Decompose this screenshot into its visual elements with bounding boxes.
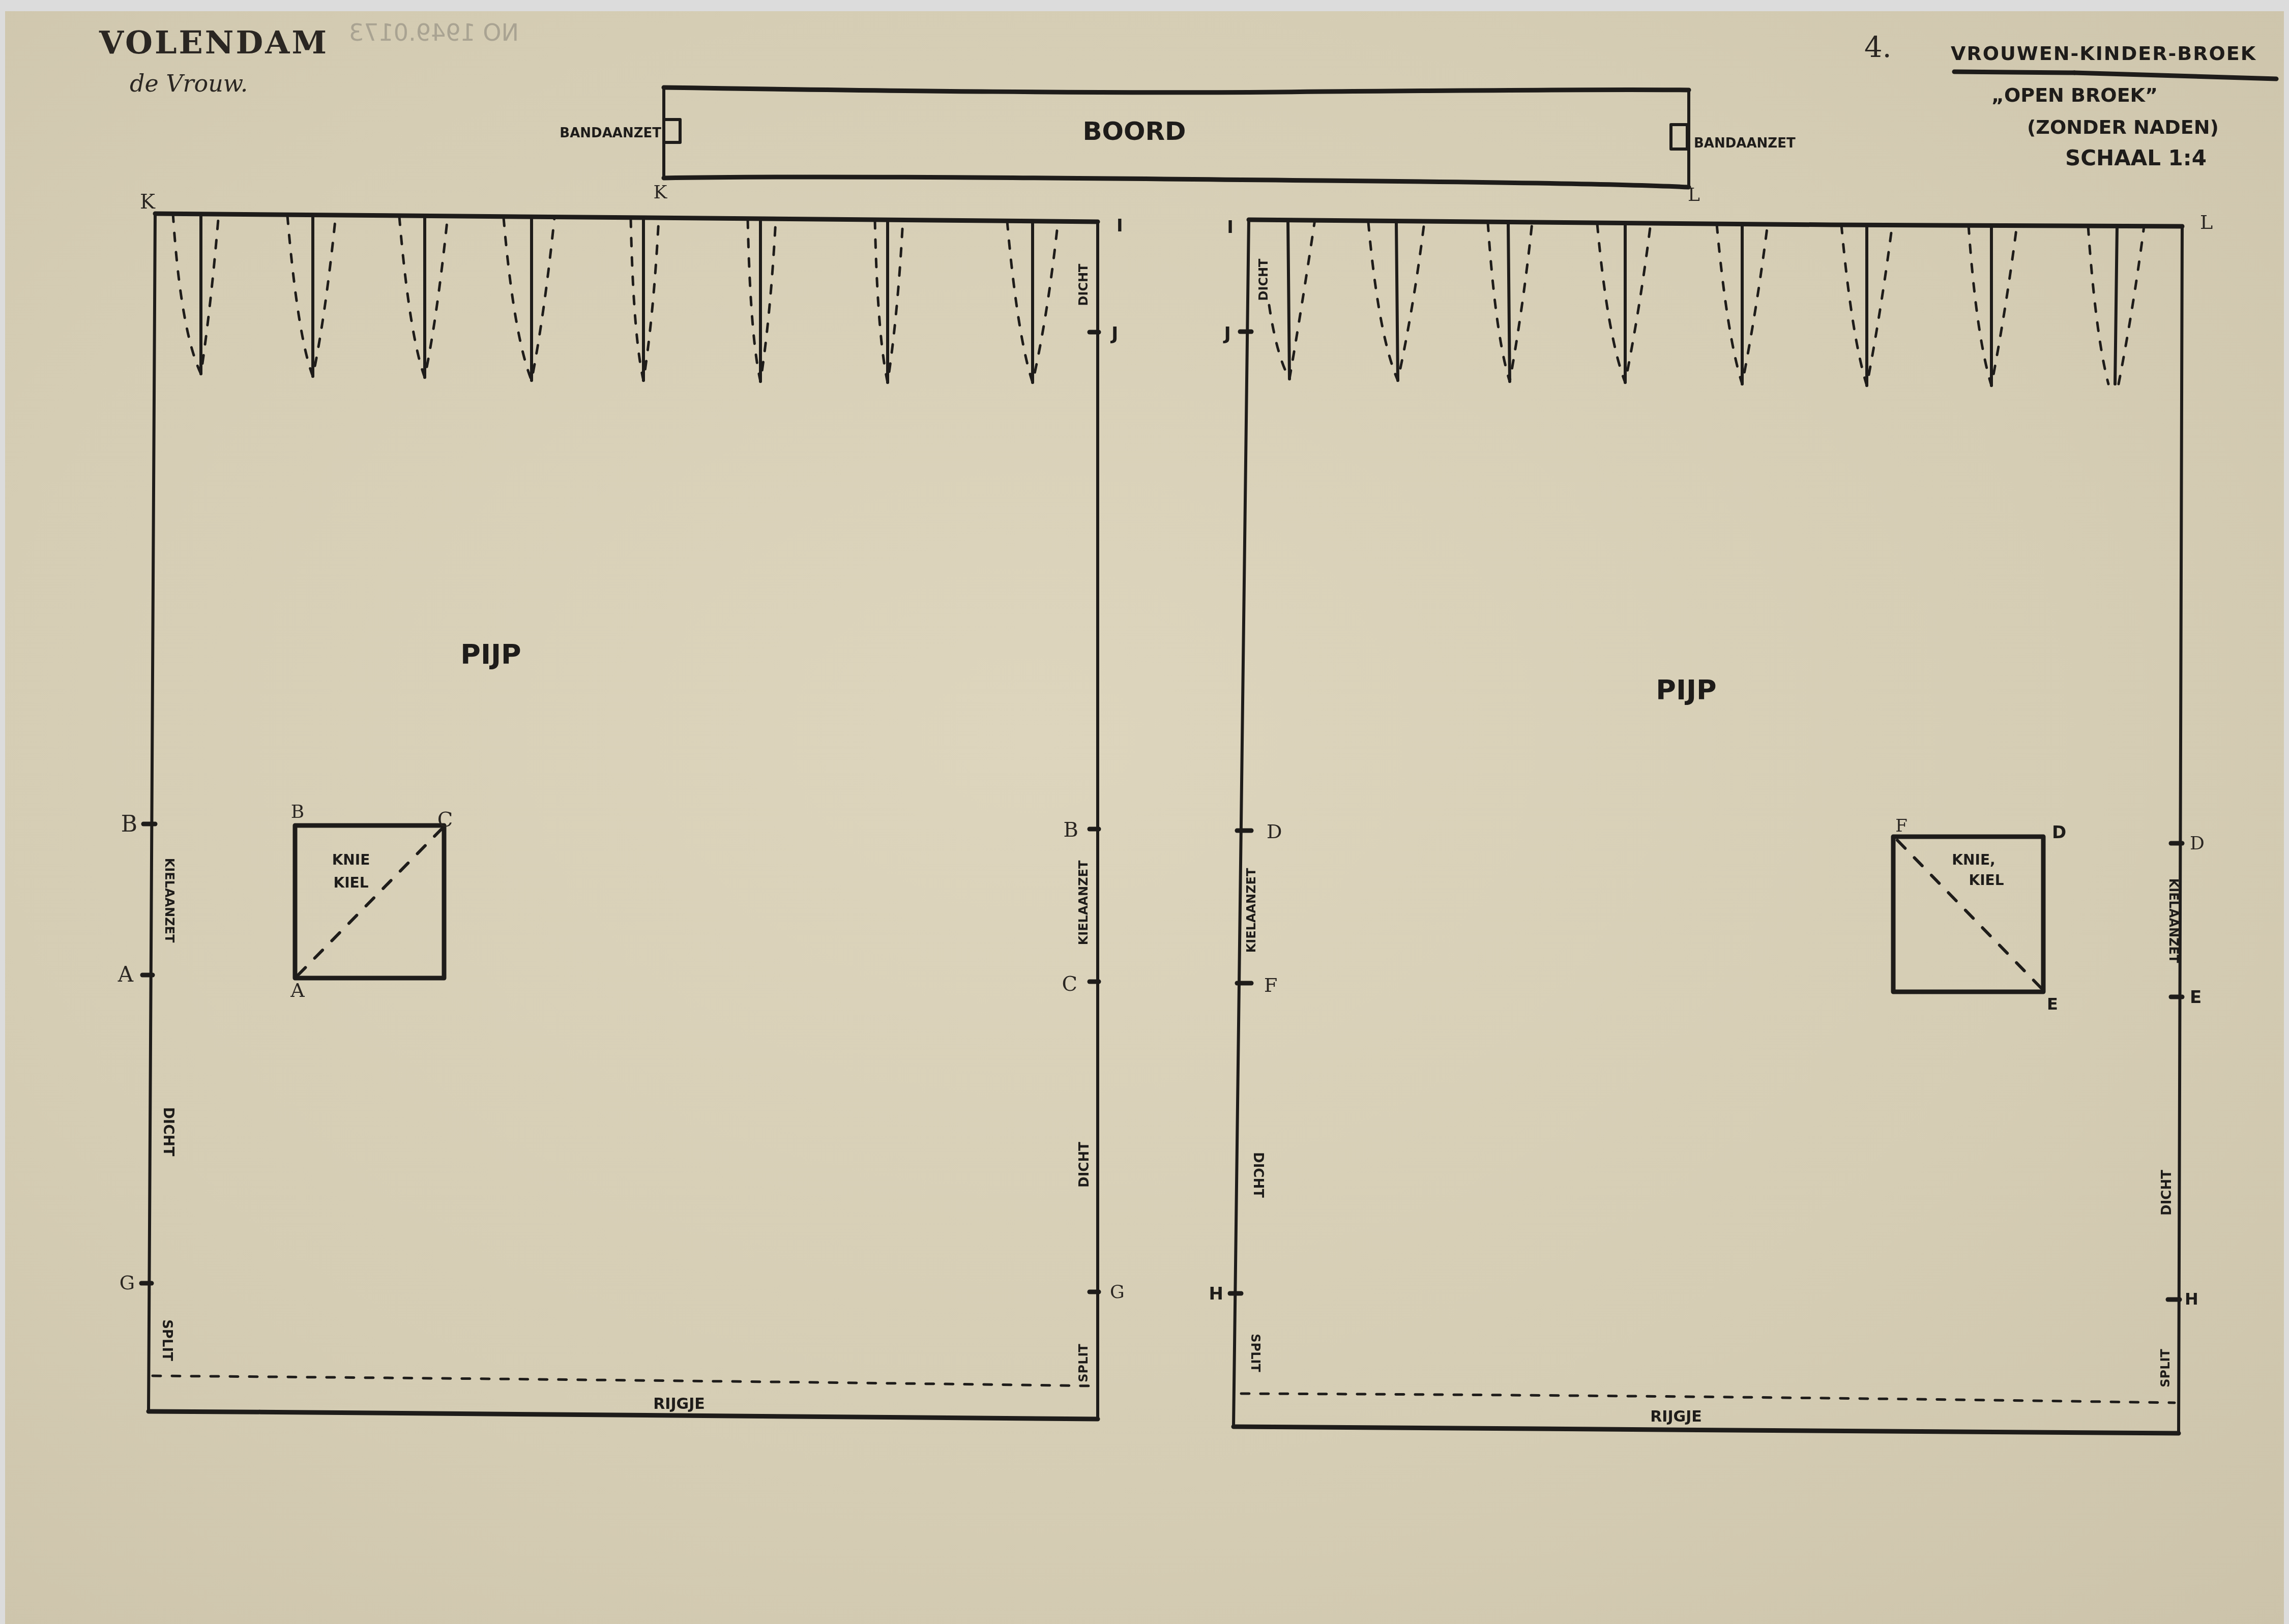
sheet-scale: SCHAAL 1:4: [2065, 145, 2207, 170]
attach-notch-left: [664, 120, 680, 142]
left-panel-hem-label: RIJGJE: [653, 1395, 705, 1413]
dart: [1717, 224, 1768, 384]
pattern-drawing: VOLENDAM de Vrouw. NO 1949.0173 4. VROUW…: [0, 0, 2289, 1624]
dart: [748, 220, 776, 381]
r-left-edge-dicht: DICHT: [1250, 1152, 1266, 1198]
dart: [1969, 225, 2017, 386]
waistband-attach-label-right: BANDAANZET: [1694, 136, 1796, 151]
right-panel-left-edge: [1234, 220, 1249, 1427]
dart: [2088, 226, 2144, 384]
r-left-edge-kielaanzet: KIELAANZET: [1244, 868, 1258, 953]
right-gusset-label-2: KIEL: [1969, 872, 2004, 889]
left-edge-mark-a: A: [118, 962, 134, 987]
dart: [504, 218, 554, 380]
left-panel-darts: [173, 214, 1058, 382]
left-gusset-corner-a: A: [290, 979, 305, 1001]
left-panel-top-right-dicht: DICHT: [1076, 263, 1091, 306]
right-panel-waist-edge: [1249, 220, 2182, 226]
left-gusset-corner-c: C: [437, 808, 453, 832]
waistband: BOORD BANDAANZET BANDAANZET K L: [560, 87, 1796, 205]
left-panel-corner-k: K: [140, 190, 156, 214]
right-panel-corner-l: L: [2200, 211, 2213, 233]
right-panel-hem-edge: [1234, 1427, 2179, 1433]
left-edge-dicht: DICHT: [160, 1107, 177, 1157]
right-gusset-corner-f: F: [1895, 816, 1908, 836]
right-panel-mark-j: J: [1223, 323, 1231, 344]
right-edge-kielaanzet: KIELAANZET: [1076, 860, 1091, 945]
pencil-inventory-number: NO 1949.0173: [349, 19, 519, 46]
right-gusset-label-1: KNIE,: [1952, 851, 1995, 868]
right-gusset: KNIE, KIEL F D E: [1893, 816, 2066, 1014]
right-edge-split: SPLIT: [1076, 1344, 1091, 1382]
dart: [173, 214, 219, 374]
right-edge-mark-g: G: [1110, 1282, 1125, 1303]
title-underline: [1954, 72, 2074, 73]
waistband-corner-l: L: [1688, 185, 1700, 205]
title-underline-2: [2074, 73, 2276, 79]
r-right-edge-mark-d: D: [2190, 833, 2205, 854]
dart: [399, 217, 448, 377]
left-panel: K I J DICHT B A G KIELAANZET DICHT SPLIT…: [118, 190, 1125, 1419]
left-panel-mark-j: J: [1110, 323, 1118, 344]
left-panel-label: PIJP: [460, 638, 521, 670]
left-panel-hem-edge: [149, 1411, 1098, 1419]
r-left-edge-split: SPLIT: [1248, 1334, 1263, 1372]
left-edge-kielaanzet: KIELAANZET: [162, 858, 177, 943]
right-panel-label: PIJP: [1656, 674, 1716, 706]
right-edge-dicht: DICHT: [1077, 1142, 1092, 1188]
left-edge-mark-g: G: [120, 1272, 135, 1294]
header-left: VOLENDAM de Vrouw. NO 1949.0173: [99, 19, 519, 97]
right-panel-hem-fold-line: [1241, 1394, 2175, 1403]
r-left-edge-mark-h: H: [1209, 1284, 1223, 1304]
left-edge-split: SPLIT: [159, 1319, 174, 1361]
right-panel-right-edge: [2179, 226, 2182, 1432]
dart: [1488, 223, 1532, 381]
sheet-subtitle: „OPEN BROEK”: [1991, 84, 2158, 106]
left-panel-hem-fold-line: [153, 1376, 1094, 1386]
waistband-label: BOORD: [1082, 116, 1186, 146]
left-gusset-label-1: KNIE: [332, 851, 370, 868]
dart: [1368, 222, 1424, 380]
dart: [287, 216, 336, 376]
r-left-edge-mark-f: F: [1264, 974, 1277, 996]
left-panel-waist-edge: [155, 214, 1098, 222]
waistband-bottom-edge: [664, 177, 1689, 187]
left-panel-left-edge: [149, 214, 155, 1411]
sheet-note: (ZONDER NADEN): [2027, 116, 2219, 138]
right-edge-mark-b: B: [1064, 818, 1078, 842]
r-right-edge-mark-h: H: [2185, 1289, 2198, 1309]
r-right-edge-split: SPLIT: [2158, 1349, 2173, 1387]
r-right-edge-dicht: DICHT: [2159, 1170, 2175, 1216]
left-panel-corner-i: I: [1117, 216, 1123, 236]
left-edge-mark-b: B: [121, 811, 137, 837]
waistband-corner-k: K: [654, 182, 668, 203]
location-title: VOLENDAM: [99, 24, 329, 61]
right-panel-darts: [1269, 220, 2144, 386]
right-edge-mark-c: C: [1062, 972, 1077, 996]
right-gusset-corner-d: D: [2052, 822, 2066, 843]
header-right: 4. VROUWEN-KINDER-BROEK „OPEN BROEK” (ZO…: [1864, 31, 2276, 170]
r-right-edge-mark-e: E: [2190, 987, 2202, 1008]
right-gusset-corner-e: E: [2047, 994, 2058, 1014]
right-panel: I L J DICHT D F H KIELAANZET DICHT SPLIT…: [1209, 211, 2213, 1433]
left-gusset-label-2: KIEL: [333, 874, 368, 891]
sheet-number: 4.: [1864, 31, 1891, 64]
dart: [1841, 225, 1892, 386]
dart: [1597, 224, 1651, 382]
right-panel-top-left-dicht: DICHT: [1256, 258, 1271, 301]
r-right-edge-kielaanzet: KIELAANZET: [2166, 878, 2181, 963]
waistband-attach-label-left: BANDAANZET: [560, 126, 661, 141]
sheet-title: VROUWEN-KINDER-BROEK: [1951, 42, 2256, 65]
left-gusset-corner-b: B: [291, 802, 304, 822]
right-panel-corner-i: I: [1227, 217, 1234, 238]
r-left-edge-mark-d: D: [1267, 820, 1282, 843]
dart: [631, 219, 659, 380]
left-gusset: KNIE KIEL B C A: [290, 802, 453, 1001]
dart: [1007, 221, 1058, 382]
location-subtitle: de Vrouw.: [130, 70, 248, 97]
right-panel-hem-label: RIJGJE: [1650, 1408, 1702, 1426]
dart: [1269, 220, 1315, 379]
attach-notch-right: [1671, 125, 1687, 149]
dart: [875, 220, 903, 382]
waistband-top-edge: [664, 87, 1689, 93]
